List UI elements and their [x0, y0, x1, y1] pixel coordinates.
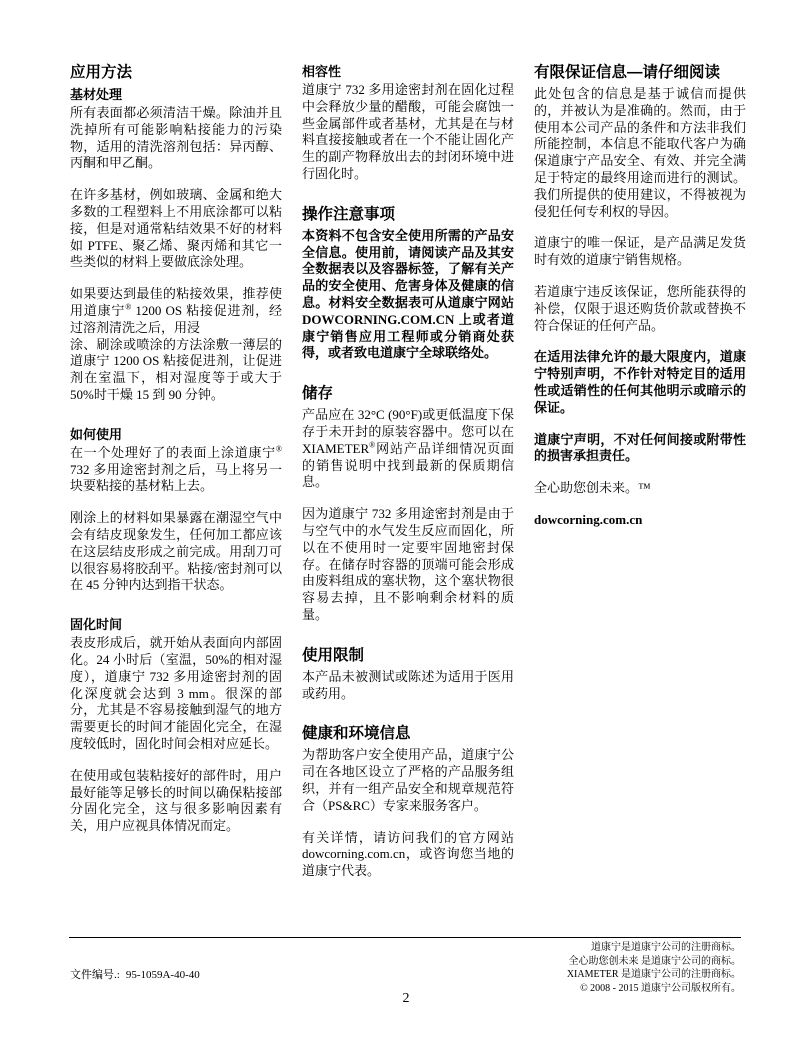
- paragraph: 产品应在 32°C (90°F)或更低温度下保存于未开封的原装容器中。您可以在 …: [302, 407, 514, 491]
- section-heading: 有限保证信息—请仔细阅读: [534, 63, 746, 82]
- paragraph: 此处包含的信息是基于诚信而提供的，并被认为是准确的。然而，由于使用本公司产品的条…: [534, 86, 746, 220]
- trademark-notices: 道康宁是道康宁公司的注册商标。 全心助您创未来 是道康宁公司的商标。 XIAME…: [567, 941, 741, 995]
- paragraph: 在适用法律允许的最大限度内，道康宁特别声明，不作针对特定目的适用性或适销性的任何…: [534, 349, 746, 416]
- sub-heading: 相容性: [302, 63, 514, 80]
- column-3: 有限保证信息—请仔细阅读此处包含的信息是基于诚信而提供的，并被认为是准确的。然而…: [534, 63, 746, 895]
- paragraph: 若道康宁违反该保证，您所能获得的补偿，仅限于退还购货价款或替换不符合保证的任何产…: [534, 284, 746, 334]
- trademark-line: 全心助您创未来 是道康宁公司的商标。: [567, 955, 741, 969]
- document-number-label: 文件编号.:: [70, 969, 120, 981]
- paragraph: 本资料不包含安全使用所需的产品安全信息。使用前，请阅读产品及其安全数据表以及容器…: [302, 228, 514, 362]
- section-heading: 操作注意事项: [302, 198, 514, 224]
- sub-heading: 如何使用: [70, 419, 282, 443]
- paragraph: 道康宁 732 多用途密封剂在固化过程中会释放少量的醋酸，可能会腐蚀一些金属部件…: [302, 82, 514, 183]
- document-page: 应用方法基材处理所有表面都必须清洁干燥。除油并且洗掉所有可能影响粘接能力的污染物…: [0, 0, 792, 1056]
- paragraph: 因为道康宁 732 多用途密封剂是由于与空气中的水气发生反应而固化，所以在不使用…: [302, 506, 514, 624]
- paragraph: 刚涂上的材料如果暴露在潮湿空气中会有结皮现象发生，任何加工都应该在这层结皮形成之…: [70, 510, 282, 594]
- page-number: 2: [70, 991, 742, 1007]
- section-heading: 应用方法: [70, 63, 282, 82]
- paragraph: 道康宁声明，不对任何间接或附带性的损害承担责任。: [534, 432, 746, 466]
- paragraph: 在许多基材，例如玻璃、金属和绝大多数的工程塑料上不用底涂都可以粘接，但是对通常粘…: [70, 187, 282, 271]
- paragraph: 如果要达到最佳的粘接效果，推荐使用道康宁® 1200 OS 粘接促进剂，经过溶剂…: [70, 286, 282, 404]
- paragraph: 表皮形成后，就开始从表面向内部固化。24 小时后（室温，50%的相对湿度），道康…: [70, 635, 282, 753]
- trademark-line: 道康宁是道康宁公司的注册商标。: [567, 941, 741, 955]
- paragraph: 为帮助客户安全使用产品，道康宁公司在各地区设立了严格的产品服务组织，并有一组产品…: [302, 747, 514, 814]
- document-number: 文件编号.:95-1059A-40-40: [70, 966, 200, 982]
- column-2: 相容性道康宁 732 多用途密封剂在固化过程中会释放少量的醋酸，可能会腐蚀一些金…: [302, 63, 514, 895]
- section-heading: 使用限制: [302, 639, 514, 665]
- paragraph: 本产品未被测试或陈述为适用于医用或药用。: [302, 669, 514, 703]
- paragraph: 道康宁的唯一保证，是产品满足发货时有效的道康宁销售规格。: [534, 235, 746, 269]
- column-1: 应用方法基材处理所有表面都必须清洁干燥。除油并且洗掉所有可能影响粘接能力的污染物…: [70, 63, 282, 895]
- paragraph: 全心助您创未来。™: [534, 480, 746, 497]
- paragraph: dowcorning.com.cn: [534, 512, 746, 529]
- paragraph: 在一个处理好了的表面上涂道康宁® 732 多用途密封剂之后，马上将另一块要粘接的…: [70, 445, 282, 495]
- registered-trademark-symbol: ®: [125, 303, 131, 312]
- document-number-value: 95-1059A-40-40: [126, 969, 200, 981]
- paragraph: 在使用或包装粘接好的部件时，用户最好能等足够长的时间以确保粘接部分固化完全，这与…: [70, 768, 282, 835]
- sub-heading: 固化时间: [70, 609, 282, 633]
- sub-heading: 基材处理: [70, 86, 282, 103]
- section-heading: 健康和环境信息: [302, 717, 514, 743]
- trademark-line: XIAMETER 是道康宁公司的注册商标。: [567, 968, 741, 982]
- paragraph: 有关详情，请访问我们的官方网站 dowcorning.com.cn，或咨询您当地…: [302, 830, 514, 880]
- registered-trademark-symbol: ®: [276, 444, 282, 453]
- paragraph: 所有表面都必须清洁干燥。除油并且洗掉所有可能影响粘接能力的污染物，适用的清洗溶剂…: [70, 105, 282, 172]
- registered-trademark-symbol: ®: [369, 440, 375, 449]
- section-heading: 储存: [302, 377, 514, 403]
- page-content: 应用方法基材处理所有表面都必须清洁干燥。除油并且洗掉所有可能影响粘接能力的污染物…: [70, 63, 746, 895]
- footer-divider: [69, 937, 741, 938]
